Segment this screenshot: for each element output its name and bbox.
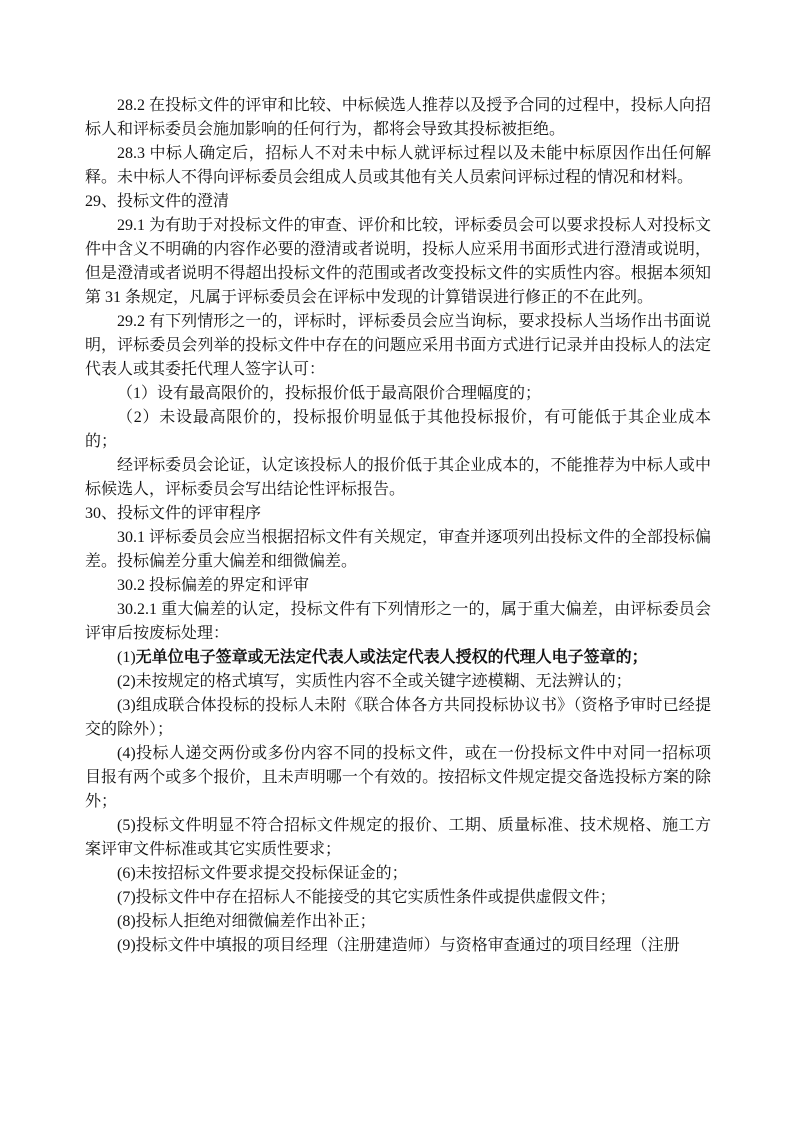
- paragraph-30-1: 30.1 评标委员会应当根据招标文件有关规定，审查并逐项列出投标文件的全部投标偏…: [85, 526, 711, 574]
- item-1-number: (1): [117, 649, 136, 666]
- section-heading-29: 29、投标文件的澄清: [85, 190, 711, 214]
- document-page: 28.2 在投标文件的评审和比较、中标候选人推荐以及授予合同的过程中，投标人向招…: [0, 0, 794, 1122]
- paragraph-28-2: 28.2 在投标文件的评审和比较、中标候选人推荐以及授予合同的过程中，投标人向招…: [85, 94, 711, 142]
- paragraph-30-2: 30.2 投标偏差的界定和评审: [85, 574, 711, 598]
- item-6: (6)未按招标文件要求提交投标保证金的；: [85, 862, 711, 886]
- item-29-2-2: （2）未设最高限价的，投标报价明显低于其他投标报价，有可能低于其企业成本的；: [85, 406, 711, 454]
- section-heading-30: 30、投标文件的评审程序: [85, 502, 711, 526]
- item-1-bold-text: 无单位电子签章或无法定代表人或法定代表人授权的代理人电子签章的；: [136, 649, 648, 666]
- item-3: (3)组成联合体投标的投标人未附《联合体各方共同投标协议书》（资格予审时已经提交…: [85, 694, 711, 742]
- paragraph-29-1: 29.1 为有助于对投标文件的审查、评价和比较，评标委员会可以要求投标人对投标文…: [85, 214, 711, 310]
- paragraph-28-3: 28.3 中标人确定后，招标人不对未中标人就评标过程以及未能中标原因作出任何解释…: [85, 142, 711, 190]
- paragraph-29-2: 29.2 有下列情形之一的，评标时，评标委员会应当询标，要求投标人当场作出书面说…: [85, 310, 711, 382]
- paragraph-30-2-1: 30.2.1 重大偏差的认定，投标文件有下列情形之一的，属于重大偏差，由评标委员…: [85, 598, 711, 646]
- document-text-block: 28.2 在投标文件的评审和比较、中标候选人推荐以及授予合同的过程中，投标人向招…: [85, 94, 711, 958]
- item-1-bold: (1)无单位电子签章或无法定代表人或法定代表人授权的代理人电子签章的；: [85, 646, 711, 670]
- item-5: (5)投标文件明显不符合招标文件规定的报价、工期、质量标准、技术规格、施工方案评…: [85, 814, 711, 862]
- item-8: (8)投标人拒绝对细微偏差作出补正；: [85, 910, 711, 934]
- item-4: (4)投标人递交两份或多份内容不同的投标文件，或在一份投标文件中对同一招标项目报…: [85, 742, 711, 814]
- item-29-2-1: （1）设有最高限价的，投标报价低于最高限价合理幅度的；: [85, 382, 711, 406]
- paragraph-29-2-conclusion: 经评标委员会论证，认定该投标人的报价低于其企业成本的，不能推荐为中标人或中标候选…: [85, 454, 711, 502]
- item-7: (7)投标文件中存在招标人不能接受的其它实质性条件或提供虚假文件；: [85, 886, 711, 910]
- item-9: (9)投标文件中填报的项目经理（注册建造师）与资格审查通过的项目经理（注册: [85, 934, 711, 958]
- item-2: (2)未按规定的格式填写，实质性内容不全或关键字迹模糊、无法辨认的；: [85, 670, 711, 694]
